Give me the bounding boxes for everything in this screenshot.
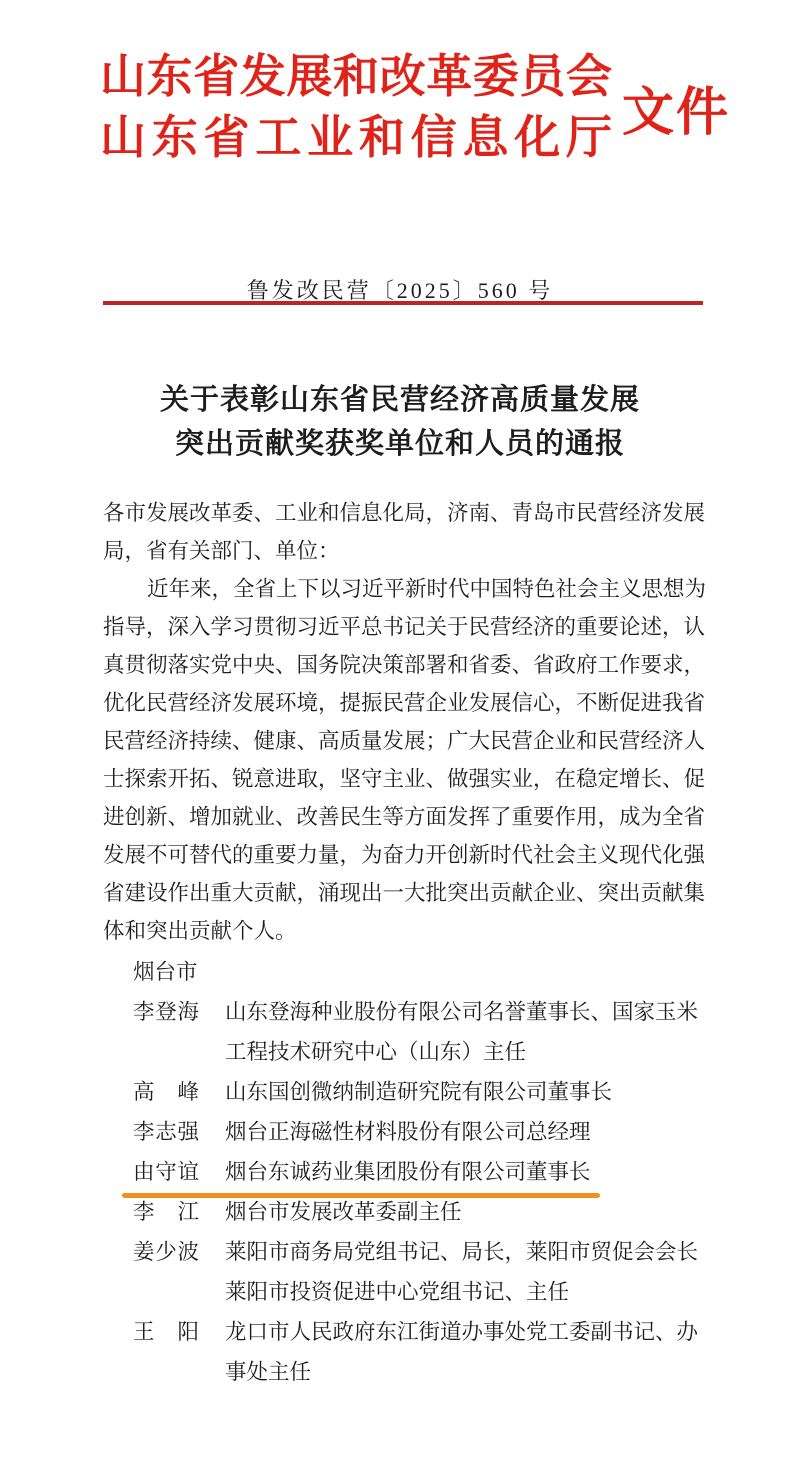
awardee-title-line: 山东登海种业股份有限公司名誉董事长、国家玉米	[225, 992, 698, 1032]
issuing-organizations: 山东省发展和改革委员会 山东省工业和信息化厅	[100, 46, 612, 168]
award-list: 李登海 山东登海种业股份有限公司名誉董事长、国家玉米工程技术研究中心（山东）主任…	[133, 992, 709, 1392]
body-line: 体和突出贡献个人。	[103, 912, 709, 950]
org-name-line1: 山东省发展和改革委员会	[100, 46, 612, 107]
title-line2: 突出贡献奖获奖单位和人员的通报	[0, 422, 800, 466]
body-line: 进创新、增加就业、改善民生等方面发挥了重要作用，成为全省	[103, 798, 709, 836]
awardee-name: 姜少波	[133, 1232, 199, 1312]
award-entry: 李登海 山东登海种业股份有限公司名誉董事长、国家玉米工程技术研究中心（山东）主任	[133, 992, 709, 1072]
awardee-title-line: 山东国创微纳制造研究院有限公司董事长	[225, 1072, 612, 1112]
awardee-title: 莱阳市商务局党组书记、局长，莱阳市贸促会会长莱阳市投资促进中心党组书记、主任	[225, 1232, 698, 1312]
award-entry: 由守谊 烟台东诚药业集团股份有限公司董事长	[133, 1152, 709, 1192]
body-line: 指导，深入学习贯彻习近平总书记关于民营经济的重要论述，认	[103, 608, 709, 646]
letterhead: 山东省发展和改革委员会 山东省工业和信息化厅 文件	[100, 46, 730, 168]
award-entry: 王 阳 龙口市人民政府东江街道办事处党工委副书记、办事处主任	[133, 1312, 709, 1392]
awardee-name: 王 阳	[133, 1312, 199, 1392]
awardee-name: 李 江	[133, 1192, 199, 1232]
awardee-title-line: 烟台正海磁性材料股份有限公司总经理	[225, 1112, 591, 1152]
award-entry: 李 江 烟台市发展改革委副主任	[133, 1192, 709, 1232]
red-divider-line	[103, 301, 703, 305]
awardee-title: 龙口市人民政府东江街道办事处党工委副书记、办事处主任	[225, 1312, 698, 1392]
document-page: 山东省发展和改革委员会 山东省工业和信息化厅 文件 鲁发改民营〔2025〕560…	[0, 0, 800, 1484]
awardee-title: 烟台东诚药业集团股份有限公司董事长	[225, 1152, 591, 1192]
city-heading: 烟台市	[133, 952, 709, 992]
awardee-title-line: 烟台市发展改革委副主任	[225, 1192, 462, 1232]
awardee-title: 山东国创微纳制造研究院有限公司董事长	[225, 1072, 612, 1112]
body-line: 民营经济持续、健康、高质量发展；广大民营企业和民营经济人	[103, 722, 709, 760]
body-line: 真贯彻落实党中央、国务院决策部署和省委、省政府工作要求，	[103, 646, 709, 684]
body-line: 各市发展改革委、工业和信息化局，济南、青岛市民营经济发展	[103, 494, 709, 532]
award-entry: 高 峰 山东国创微纳制造研究院有限公司董事长	[133, 1072, 709, 1112]
awardee-title-line: 工程技术研究中心（山东）主任	[225, 1032, 698, 1072]
body-line: 近年来，全省上下以习近平新时代中国特色社会主义思想为	[103, 570, 709, 608]
awardee-title: 山东登海种业股份有限公司名誉董事长、国家玉米工程技术研究中心（山东）主任	[225, 992, 698, 1072]
body-line: 发展不可替代的重要力量，为奋力开创新时代社会主义现代化强	[103, 836, 709, 874]
awardee-title: 烟台市发展改革委副主任	[225, 1192, 462, 1232]
document-word: 文件	[622, 70, 730, 145]
main-paragraph: 近年来，全省上下以习近平新时代中国特色社会主义思想为指导，深入学习贯彻习近平总书…	[103, 570, 709, 950]
body-line: 局，省有关部门、单位：	[103, 532, 709, 570]
awardee-name: 高 峰	[133, 1072, 199, 1112]
awardee-title-line: 事处主任	[225, 1352, 698, 1392]
body-line: 省建设作出重大贡献，涌现出一大批突出贡献企业、突出贡献集	[103, 874, 709, 912]
awardee-title-line: 龙口市人民政府东江街道办事处党工委副书记、办	[225, 1312, 698, 1352]
awardee-title-line: 莱阳市商务局党组书记、局长，莱阳市贸促会会长	[225, 1232, 698, 1272]
salutation: 各市发展改革委、工业和信息化局，济南、青岛市民营经济发展局，省有关部门、单位：	[103, 494, 709, 570]
awardee-name: 李志强	[133, 1112, 199, 1152]
body-line: 士探索开拓、锐意进取，坚守主业、做强实业，在稳定增长、促	[103, 760, 709, 798]
award-entry: 李志强 烟台正海磁性材料股份有限公司总经理	[133, 1112, 709, 1152]
body-line: 优化民营经济发展环境，提振民营企业发展信心，不断促进我省	[103, 684, 709, 722]
awardee-title-line: 烟台东诚药业集团股份有限公司董事长	[225, 1152, 591, 1192]
org-name-line2: 山东省工业和信息化厅	[100, 107, 612, 168]
document-title: 关于表彰山东省民营经济高质量发展 突出贡献奖获奖单位和人员的通报	[0, 378, 800, 466]
title-line1: 关于表彰山东省民营经济高质量发展	[0, 378, 800, 422]
awardee-name: 李登海	[133, 992, 199, 1072]
award-entry: 姜少波 莱阳市商务局党组书记、局长，莱阳市贸促会会长莱阳市投资促进中心党组书记、…	[133, 1232, 709, 1312]
awardee-title-line: 莱阳市投资促进中心党组书记、主任	[225, 1272, 698, 1312]
document-body: 各市发展改革委、工业和信息化局，济南、青岛市民营经济发展局，省有关部门、单位： …	[103, 494, 709, 1392]
awardee-title: 烟台正海磁性材料股份有限公司总经理	[225, 1112, 591, 1152]
awardee-name: 由守谊	[133, 1152, 199, 1192]
